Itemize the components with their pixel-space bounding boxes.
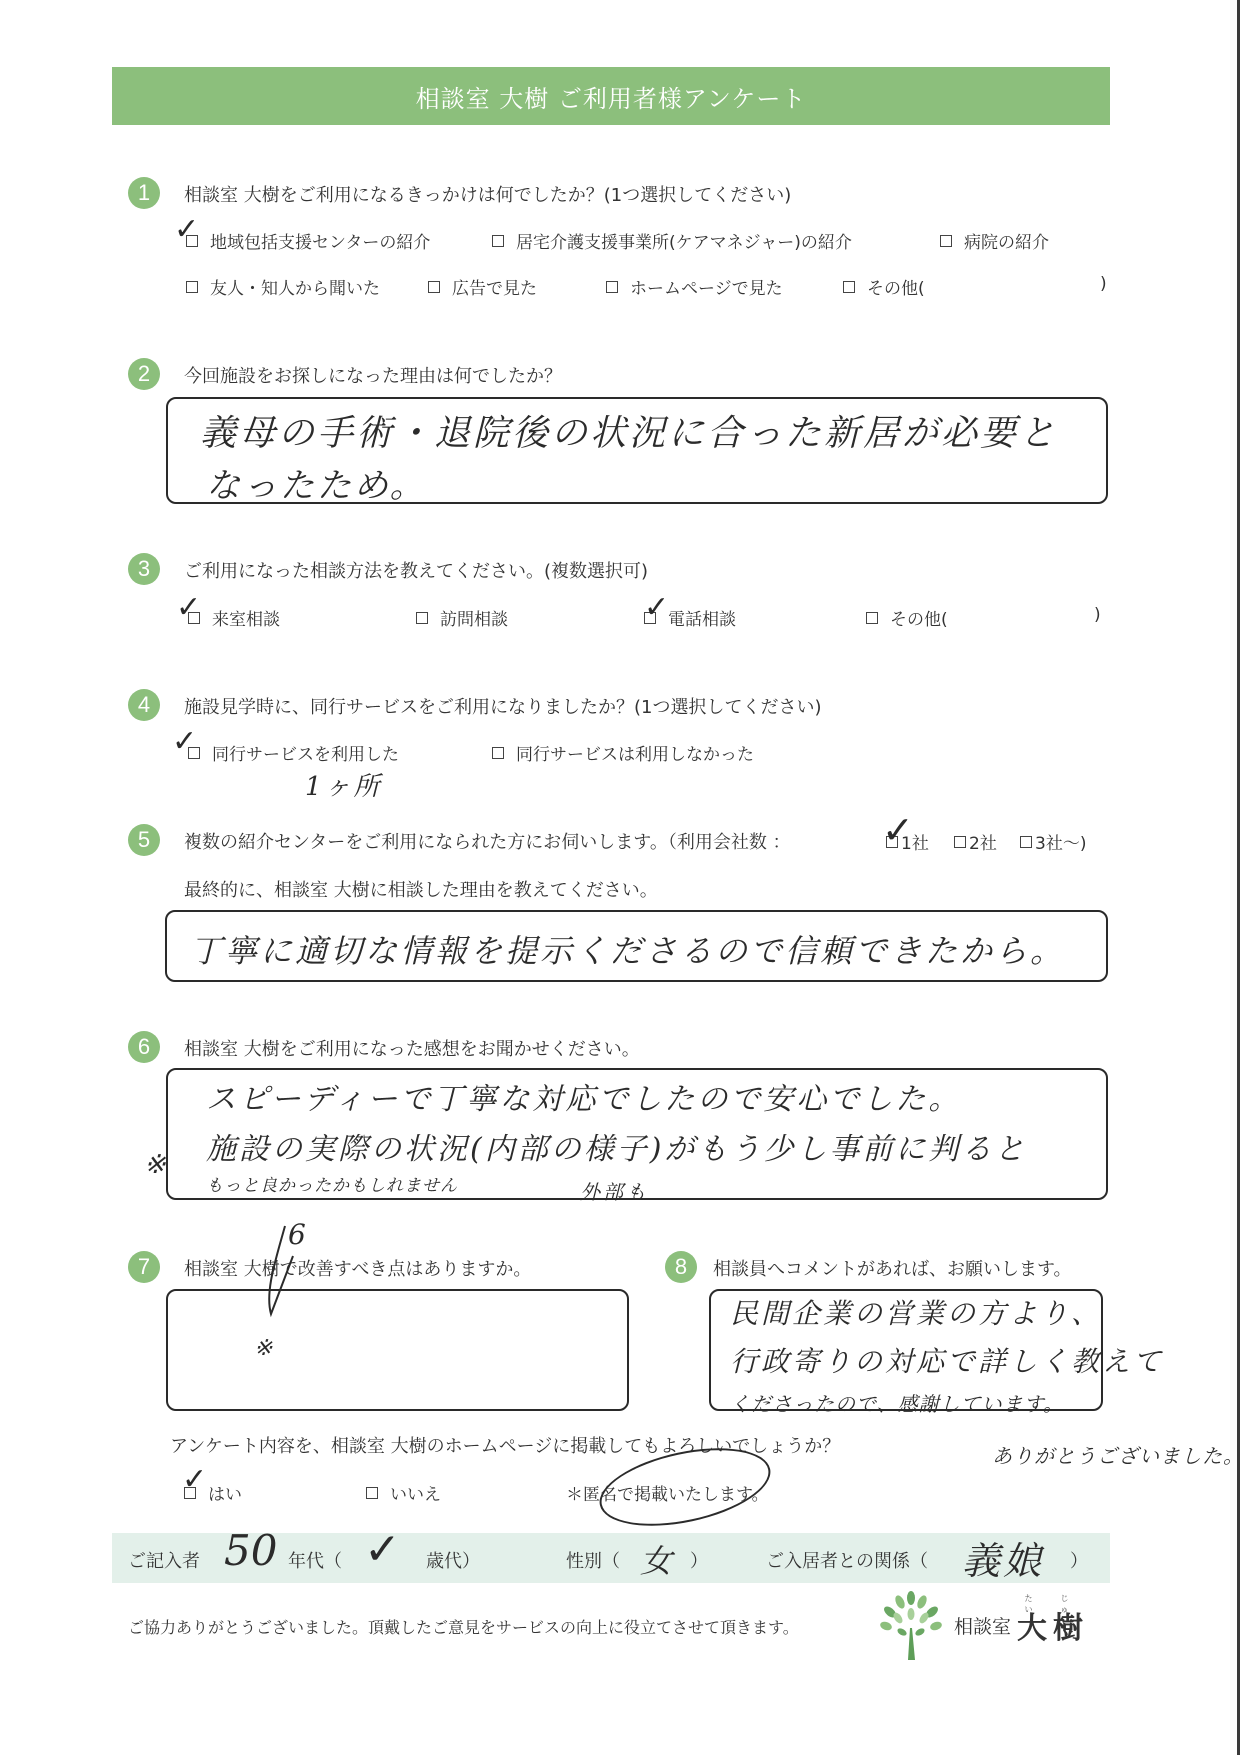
- q8-answer-line-3: くださったので、感謝しています。: [730, 1388, 1064, 1417]
- other-paren-close: ): [1100, 274, 1107, 294]
- q1-option-ad[interactable]: 広告で見た: [428, 274, 537, 299]
- question-5-subtext: 最終的に、相談室 大樹に相談した理由を教えてください。: [184, 876, 658, 902]
- checkbox[interactable]: [843, 281, 855, 293]
- checkbox[interactable]: [866, 612, 878, 624]
- page-title: 相談室 大樹 ご利用者様アンケート: [416, 79, 807, 114]
- ruby-ju: じゅ: [1061, 1593, 1076, 1615]
- option-label: 同行サービスを利用した: [212, 740, 399, 765]
- other-paren-close: ): [1094, 605, 1101, 625]
- checkbox[interactable]: [428, 281, 440, 293]
- q8-answer-line-2: 行政寄りの対応で詳しく教えて: [730, 1340, 1164, 1380]
- question-number-6: 6: [128, 1031, 160, 1063]
- option-label: いいえ: [390, 1480, 441, 1505]
- handwritten-check-icon: ✓: [172, 724, 197, 759]
- gender-close: ）: [690, 1547, 708, 1573]
- checkbox[interactable]: [940, 235, 952, 247]
- q4-option-not-used[interactable]: 同行サービスは利用しなかった: [492, 740, 754, 765]
- gender-label: 性別（: [566, 1547, 620, 1573]
- q1-option-homepage[interactable]: ホームページで見た: [606, 274, 783, 299]
- q6-insert-note: 外部も: [580, 1176, 649, 1205]
- checkbox[interactable]: [492, 235, 504, 247]
- option-label: 居宅介護支援事業所(ケアマネジャー)の紹介: [516, 228, 852, 253]
- logo-char: 樹: [1053, 1611, 1083, 1646]
- q8-answer-line-1: 民間企業の営業の方より、: [730, 1292, 1102, 1332]
- checkbox[interactable]: [1020, 836, 1032, 848]
- handwritten-check-icon: ✓: [882, 808, 914, 852]
- logo-prefix: 相談室: [954, 1612, 1011, 1639]
- question-4-text: 施設見学時に、同行サービスをご利用になりましたか？(1つ選択してください): [184, 693, 822, 719]
- option-label: 地域包括支援センターの紹介: [210, 228, 430, 253]
- option-label: 3社～): [1035, 829, 1086, 854]
- logo-char-dai: たい大: [1017, 1603, 1047, 1647]
- q4-option-used[interactable]: 同行サービスを利用した: [188, 740, 399, 765]
- option-label: 同行サービスは利用しなかった: [516, 740, 754, 765]
- relation-close: ）: [1070, 1547, 1088, 1573]
- option-label: 友人・知人から聞いた: [210, 274, 380, 299]
- checkbox[interactable]: [366, 1487, 378, 1499]
- question-number-5: 5: [128, 824, 160, 856]
- age-label: 年代（: [288, 1547, 342, 1573]
- q6-answer-line-3: もっと良かったかもしれません: [206, 1171, 458, 1196]
- q8-extra-note: ありがとうございました。: [992, 1440, 1240, 1469]
- handwritten-check-icon: ✓: [176, 590, 201, 625]
- handwritten-arrow-icon: [255, 1222, 305, 1322]
- option-label: 2社: [969, 829, 997, 854]
- publish-option-no[interactable]: いいえ: [366, 1480, 441, 1505]
- option-label: はい: [208, 1480, 242, 1505]
- checkbox[interactable]: [416, 612, 428, 624]
- handwritten-check-icon: ✓: [174, 212, 199, 247]
- option-label: 来室相談: [212, 605, 280, 630]
- checkbox[interactable]: [186, 281, 198, 293]
- question-3-text: ご利用になった相談方法を教えてください。(複数選択可): [184, 557, 648, 583]
- q3-option-visit-office[interactable]: 来室相談: [188, 605, 280, 630]
- q7-answer-box[interactable]: [166, 1289, 629, 1411]
- age-suffix: 歳代）: [426, 1547, 480, 1573]
- q1-option-chiiki[interactable]: 地域包括支援センターの紹介: [186, 228, 430, 253]
- q3-option-other[interactable]: その他(: [866, 605, 948, 630]
- relation-value[interactable]: 義娘: [962, 1530, 1044, 1585]
- question-1-text: 相談室 大樹をご利用になるきっかけは何でしたか？(1つ選択してください): [184, 181, 791, 207]
- q3-option-home-visit[interactable]: 訪問相談: [416, 605, 508, 630]
- question-number-3: 3: [128, 553, 160, 585]
- option-label: 病院の紹介: [964, 228, 1049, 253]
- logo-char: 大: [1017, 1611, 1047, 1646]
- checkbox[interactable]: [606, 281, 618, 293]
- question-number-8: 8: [665, 1251, 697, 1283]
- footer-thanks: ご協力ありがとうございました。頂戴したご意見をサービスの向上に役立てさせて頂きま…: [128, 1615, 799, 1638]
- q5-answer: 丁寧に適切な情報を提示くださるので信頼できたから。: [190, 926, 1065, 972]
- question-number-1: 1: [128, 177, 160, 209]
- option-label: その他(: [867, 274, 925, 299]
- q6-answer-line-1: スピーディーで丁寧な対応でしたので安心でした。: [206, 1074, 961, 1118]
- tree-logo-icon: [878, 1590, 946, 1660]
- option-label: 訪問相談: [440, 605, 508, 630]
- q6-margin-mark: ※: [144, 1150, 169, 1180]
- q7-answer: ※: [254, 1336, 275, 1361]
- question-7-text: 相談室 大樹で改善すべき点はありますか。: [184, 1255, 531, 1281]
- option-label: 電話相談: [668, 605, 736, 630]
- relation-label: ご入居者との関係（: [766, 1547, 928, 1573]
- q4-handwritten-note: 1ヶ所: [305, 766, 383, 803]
- option-label: ホームページで見た: [630, 274, 783, 299]
- handwritten-check-icon: ✓: [182, 1462, 207, 1497]
- q2-answer-line-1: 義母の手術・退院後の状況に合った新居が必要と: [200, 405, 1058, 456]
- logo-char-ju: じゅ樹: [1053, 1603, 1083, 1647]
- respondent-label: ご記入者: [128, 1547, 200, 1573]
- q1-option-kyotaku[interactable]: 居宅介護支援事業所(ケアマネジャー)の紹介: [492, 228, 852, 253]
- question-number-7: 7: [128, 1251, 160, 1283]
- question-5-text: 複数の紹介センターをご利用になられた方にお伺いします。（利用会社数 ：: [184, 828, 791, 854]
- q1-option-friend[interactable]: 友人・知人から聞いた: [186, 274, 380, 299]
- q5-company-2[interactable]: 2社: [954, 829, 997, 854]
- q1-option-other[interactable]: その他(: [843, 274, 925, 299]
- respondent-age-value[interactable]: 50: [224, 1526, 277, 1575]
- q5-company-3[interactable]: 3社～): [1020, 829, 1086, 854]
- title-banner: 相談室 大樹 ご利用者様アンケート: [112, 67, 1110, 125]
- gender-value[interactable]: 女: [640, 1536, 675, 1582]
- question-2-text: 今回施設をお探しになった理由は何でしたか？: [184, 362, 562, 388]
- handwritten-check-icon: ✓: [364, 1524, 401, 1575]
- q1-option-hospital[interactable]: 病院の紹介: [940, 228, 1049, 253]
- q2-answer-line-2: なったため。: [206, 458, 427, 507]
- question-number-2: 2: [128, 358, 160, 390]
- option-label: 広告で見た: [452, 274, 537, 299]
- ruby-tai: たい: [1025, 1593, 1040, 1615]
- question-number-4: 4: [128, 689, 160, 721]
- checkbox[interactable]: [954, 836, 966, 848]
- q6-answer-line-2: 施設の実際の状況(内部の様子)がもう少し事前に判ると: [206, 1124, 1027, 1168]
- logo: 相談室 たい大 じゅ樹: [878, 1590, 1108, 1660]
- checkbox[interactable]: [492, 747, 504, 759]
- question-8-text: 相談員へコメントがあれば、お願いします。: [713, 1255, 1072, 1281]
- question-6-text: 相談室 大樹をご利用になった感想をお聞かせください。: [184, 1035, 640, 1061]
- handwritten-check-icon: ✓: [644, 590, 669, 625]
- option-label: その他(: [890, 605, 948, 630]
